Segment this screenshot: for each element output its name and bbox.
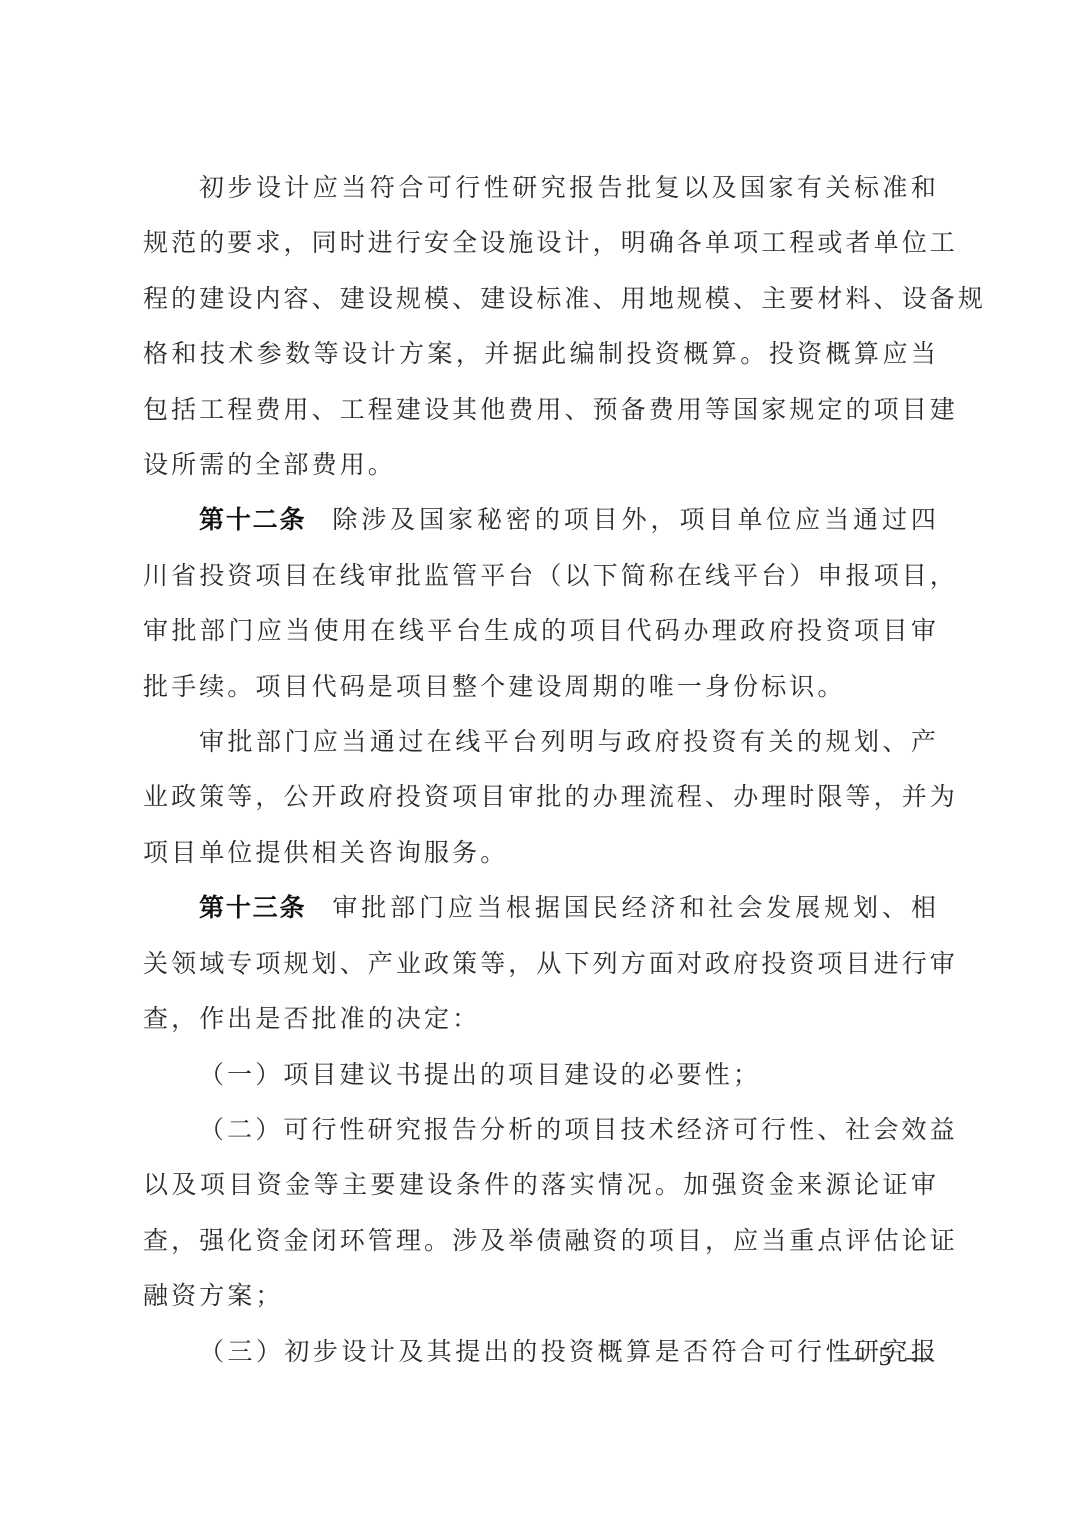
text-line: 程的建设内容、建设规模、建设标准、用地规模、主要材料、设备规 — [143, 271, 939, 326]
text-line: 初步设计应当符合可行性研究报告批复以及国家有关标准和 — [143, 160, 939, 215]
text-line: 川省投资项目在线审批监管平台（以下简称在线平台）申报项目， — [143, 548, 939, 603]
text-line: 项目单位提供相关咨询服务。 — [143, 825, 939, 880]
paragraph-online-platform-disclosure: 审批部门应当通过在线平台列明与政府投资有关的规划、产 业政策等，公开政府投资项目… — [143, 714, 939, 880]
paragraph-design-requirements: 初步设计应当符合可行性研究报告批复以及国家有关标准和 规范的要求，同时进行安全设… — [143, 160, 939, 492]
text-line: 关领域专项规划、产业政策等，从下列方面对政府投资项目进行审 — [143, 936, 939, 991]
article-text: 除涉及国家秘密的项目外，项目单位应当通过四 — [332, 505, 939, 534]
text-line: 批手续。项目代码是项目整个建设周期的唯一身份标识。 — [143, 659, 939, 714]
text-line: 设所需的全部费用。 — [143, 437, 939, 492]
list-item-3: （三）初步设计及其提出的投资概算是否符合可行性研究报 — [143, 1324, 939, 1379]
document-body: 初步设计应当符合可行性研究报告批复以及国家有关标准和 规范的要求，同时进行安全设… — [143, 160, 939, 1379]
text-line: 格和技术参数等设计方案，并据此编制投资概算。投资概算应当 — [143, 326, 939, 381]
article-number: 第十二条 — [199, 505, 306, 534]
text-line: 查，作出是否批准的决定： — [143, 991, 939, 1046]
list-item-2: （二）可行性研究报告分析的项目技术经济可行性、社会效益 以及项目资金等主要建设条… — [143, 1102, 939, 1324]
article-12: 第十二条除涉及国家秘密的项目外，项目单位应当通过四 川省投资项目在线审批监管平台… — [143, 492, 939, 714]
text-line: 业政策等，公开政府投资项目审批的办理流程、办理时限等，并为 — [143, 769, 939, 824]
text-line: 以及项目资金等主要建设条件的落实情况。加强资金来源论证审 — [143, 1157, 939, 1212]
text-line: 第十三条审批部门应当根据国民经济和社会发展规划、相 — [143, 880, 939, 935]
article-number: 第十三条 — [199, 893, 306, 922]
page-number: — 5 — — [838, 1342, 936, 1372]
text-line: 融资方案； — [143, 1268, 939, 1323]
text-line: （三）初步设计及其提出的投资概算是否符合可行性研究报 — [143, 1324, 939, 1379]
text-line: （二）可行性研究报告分析的项目技术经济可行性、社会效益 — [143, 1102, 939, 1157]
text-line: 规范的要求，同时进行安全设施设计，明确各单项工程或者单位工 — [143, 215, 939, 270]
text-line: 包括工程费用、工程建设其他费用、预备费用等国家规定的项目建 — [143, 382, 939, 437]
text-line: 审批部门应当通过在线平台列明与政府投资有关的规划、产 — [143, 714, 939, 769]
article-13: 第十三条审批部门应当根据国民经济和社会发展规划、相 关领域专项规划、产业政策等，… — [143, 880, 939, 1046]
list-item-1: （一）项目建议书提出的项目建设的必要性； — [143, 1047, 939, 1102]
document-page: 初步设计应当符合可行性研究报告批复以及国家有关标准和 规范的要求，同时进行安全设… — [0, 0, 1080, 1527]
text-line: 审批部门应当使用在线平台生成的项目代码办理政府投资项目审 — [143, 603, 939, 658]
text-line: （一）项目建议书提出的项目建设的必要性； — [143, 1047, 939, 1102]
text-line: 第十二条除涉及国家秘密的项目外，项目单位应当通过四 — [143, 492, 939, 547]
article-text: 审批部门应当根据国民经济和社会发展规划、相 — [332, 893, 939, 922]
text-line: 查，强化资金闭环管理。涉及举债融资的项目，应当重点评估论证 — [143, 1213, 939, 1268]
